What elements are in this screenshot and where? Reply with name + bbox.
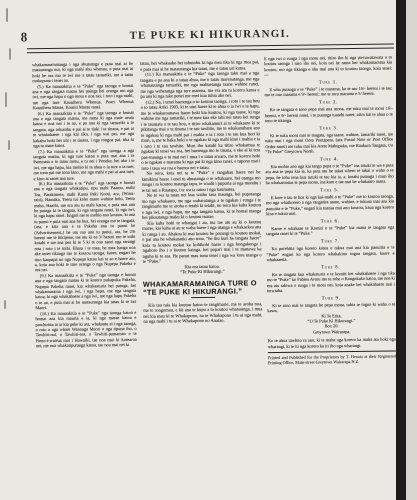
paragraph-rules-intro: E nga iwi o runga i nga motu nei, titiro… bbox=[264, 54, 392, 77]
masthead-rule bbox=[27, 43, 394, 53]
rule-8-text: Ko te tangata kua whakaturia e te komiti… bbox=[267, 270, 395, 293]
paragraph-clause-6: (6.) Ka manaakitia e te “Puke” nga taong… bbox=[33, 110, 134, 149]
rule-5-text: E kore e tau te hoa ki nga kai-mahi o te… bbox=[266, 193, 394, 216]
column-1: whakamaramatanga i nga ahuatanga e puta … bbox=[32, 61, 137, 349]
paragraph: whakamaramatanga i nga ahuatanga e puta … bbox=[32, 61, 133, 84]
paragraph: No te wa ia tatau nei kua waiho taua mau… bbox=[142, 191, 261, 220]
page-number: 8 bbox=[21, 29, 28, 45]
paragraph-clause-11: (11.) Ka manaakitia e te “Puke” nga taon… bbox=[140, 70, 259, 99]
paragraph: No reira, koia nei ta te “Puke” e rangah… bbox=[142, 169, 261, 193]
paragraph: Kia tau raia kia koutou katoa te rangima… bbox=[143, 301, 262, 325]
rule-4-heading: Ture 4. bbox=[265, 155, 393, 162]
paragraph-clause-8: (8.) Ka manaakitia e te “Puke” nga taong… bbox=[34, 180, 136, 273]
rule-1-heading: Ture 1. bbox=[264, 79, 392, 86]
rule-6-heading: Ture 6. bbox=[266, 218, 394, 225]
page-content: 8 TE PUKE KI HIKURANGI. whakamaramatanga… bbox=[0, 0, 406, 500]
column-3: E nga iwi o runga i nga motu nei, titiro… bbox=[264, 54, 396, 365]
paragraph-clause-12: (12.) Na, i tenei haerenga o to koutou t… bbox=[141, 98, 261, 171]
newspaper-scan: 8 TE PUKE KI HIKURANGI. whakamaramatanga… bbox=[0, 0, 417, 500]
rule-6-text: Kaore e whakaae te Komiti o te “Puke” ki… bbox=[266, 224, 394, 236]
paragraph-clause-10: (10.) Ka manaakitia e te “Puke” nga taon… bbox=[35, 310, 136, 349]
rule-2-text: Ko te tangata e tono pepa mai ana mona, … bbox=[265, 106, 393, 124]
scan-edge-strip bbox=[406, 0, 417, 500]
rule-3-heading: Ture 3. bbox=[265, 124, 393, 131]
rule-9-heading: Ture 9. bbox=[267, 294, 395, 301]
rule-7-text: Ka porehitia nga korero katoa e tukua ma… bbox=[267, 245, 395, 263]
printer-imprint: Printed and Published for the Proprietor… bbox=[268, 354, 396, 366]
closing-signature: “Te Puke Ki Hikurangi.” bbox=[143, 268, 262, 275]
rule-7-heading: Ture 7. bbox=[266, 238, 394, 245]
rule-5-heading: Ture 5. bbox=[266, 187, 394, 194]
section-heading-rule bbox=[191, 297, 215, 298]
rule-3-text: Ki te tuku moni mai te tangata, nga taan… bbox=[265, 131, 393, 154]
paragraph-page-note: Ko te ahua tawhito ra ano, ki te maha ng… bbox=[268, 337, 396, 349]
rule-2-heading: Ture 2. bbox=[265, 99, 393, 106]
masthead-title: TE PUKE KI HIKURANGI. bbox=[88, 27, 332, 42]
paragraph-clause-9: (9.) Ka manaakitia e te “Puke” nga taong… bbox=[35, 272, 136, 311]
rule-8-heading: Ture 8. bbox=[267, 263, 395, 270]
column-2: tatau, hei whakaako hei tohutohu ki nga … bbox=[140, 59, 262, 324]
paragraph-clause-7: (7.) Ka manaakitia e te “Puke” nga taong… bbox=[33, 147, 134, 181]
paragraph-clause-5: (5.) Ka manaakitia e te “Puke” nga taong… bbox=[32, 82, 133, 110]
rule-4-text: Kia mohio ano nga kai tango pepa o te “P… bbox=[265, 162, 393, 185]
rule-1-text: E wha putanga o te “Puke” i te marama, k… bbox=[264, 86, 392, 98]
section-heading: WHAKAMARAMAINGA TURE O “TE PUKE KI HIKUR… bbox=[143, 279, 262, 297]
paragraph: Kia kaha hoki te whangai i au, ina tae a… bbox=[142, 219, 262, 265]
